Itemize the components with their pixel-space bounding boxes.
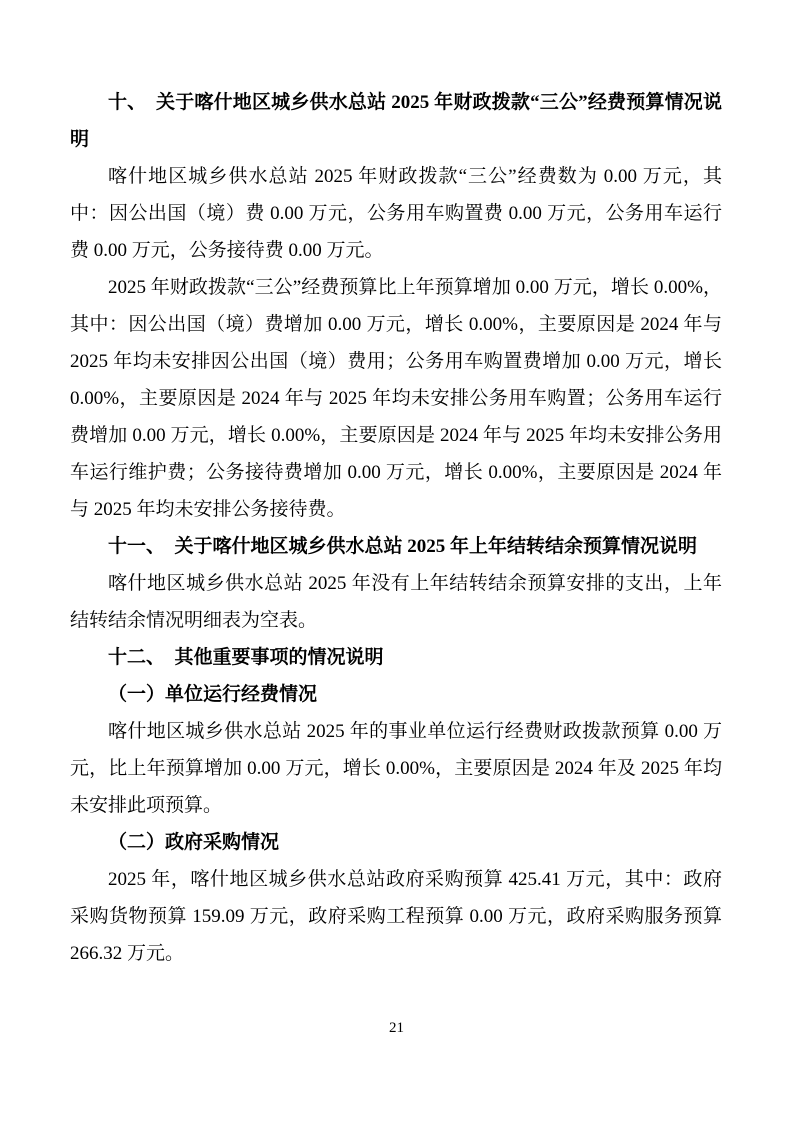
section-11-heading: 十一、 关于喀什地区城乡供水总站 2025 年上年结转结余预算情况说明 (70, 528, 722, 565)
section-12-subsection-2-paragraph-1: 2025 年，喀什地区城乡供水总站政府采购预算 425.41 万元，其中：政府采… (70, 861, 722, 972)
section-10-heading: 十、 关于喀什地区城乡供水总站 2025 年财政拨款“三公”经费预算情况说明 (70, 84, 722, 158)
page-footer: 21 (0, 1018, 793, 1038)
section-10-paragraph-1: 喀什地区城乡供水总站 2025 年财政拨款“三公”经费数为 0.00 万元，其中… (70, 158, 722, 269)
section-10-paragraph-2: 2025 年财政拨款“三公”经费预算比上年预算增加 0.00 万元，增长 0.0… (70, 269, 722, 528)
section-12-heading: 十二、 其他重要事项的情况说明 (70, 639, 722, 676)
section-12-subsection-1-heading: （一）单位运行经费情况 (70, 676, 722, 713)
section-12-subsection-1-paragraph-1: 喀什地区城乡供水总站 2025 年的事业单位运行经费财政拨款预算 0.00 万元… (70, 713, 722, 824)
section-12-subsection-2-heading: （二）政府采购情况 (70, 824, 722, 861)
page-number: 21 (389, 1020, 404, 1036)
section-11-paragraph-1: 喀什地区城乡供水总站 2025 年没有上年结转结余预算安排的支出，上年结转结余情… (70, 565, 722, 639)
document-content: 十、 关于喀什地区城乡供水总站 2025 年财政拨款“三公”经费预算情况说明 喀… (70, 84, 722, 972)
document-page: 十、 关于喀什地区城乡供水总站 2025 年财政拨款“三公”经费预算情况说明 喀… (0, 0, 793, 1122)
